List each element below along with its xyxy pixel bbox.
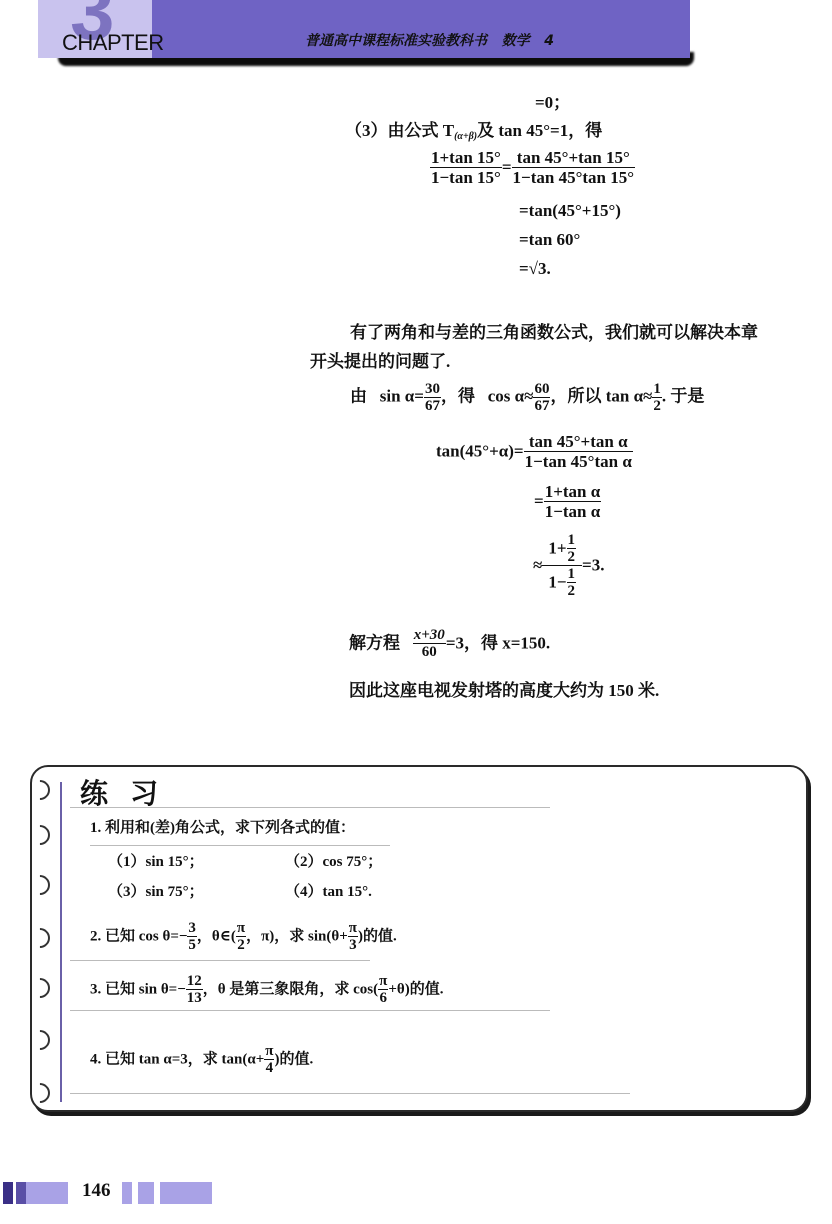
divider: [70, 1093, 630, 1094]
exercise-q1-item: （1）sin 15°；: [108, 851, 204, 873]
equation-line: =0；: [535, 92, 570, 114]
part3-intro: （3）由公式 T(α+β)及 tan 45°=1，得: [345, 120, 602, 148]
book-title: 普通高中课程标准实验教科书 数学 4: [305, 31, 554, 51]
divider: [70, 1010, 550, 1011]
footer-bar-dark: [3, 1182, 13, 1204]
paragraph-line: 有了两角和与差的三角函数公式，我们就可以解决本章: [350, 322, 758, 344]
exercise-q1-item: （4）tan 15°.: [285, 881, 372, 903]
page-number: 146: [82, 1180, 111, 1202]
equation-line: =tan(45°+15°): [519, 200, 621, 222]
footer-bar: [138, 1182, 154, 1204]
footer-bar: [160, 1182, 212, 1204]
exercise-q2: 2. 已知 cos θ=−35，θ∈(π2，π)，求 sin(θ+π3)的值.: [90, 920, 397, 953]
exercise-q1: 1. 利用和(差)角公式，求下列各式的值：: [90, 817, 355, 839]
equation-line: =√3.: [519, 258, 551, 280]
solve-equation-line: 解方程 x+3060=3，得 x=150.: [349, 627, 550, 660]
conclusion-line: 因此这座电视发射塔的高度大约为 150 米.: [349, 680, 659, 702]
margin-line: [60, 782, 62, 1102]
divider: [70, 960, 370, 961]
exercise-title: 练习: [80, 772, 180, 812]
exercise-q4: 4. 已知 tan α=3，求 tan(α+π4)的值.: [90, 1043, 313, 1076]
equation-tan15-fraction: 1+tan 15°1−tan 15°=tan 45°+tan 15°1−tan …: [430, 148, 635, 187]
equation-tan-simplified: =1+tan α1−tan α: [534, 482, 601, 521]
footer-bar: [122, 1182, 132, 1204]
equation-tan-approx: ≈ 1+12 1−12 =3.: [533, 532, 604, 599]
exercise-q1-item: （2）cos 75°；: [285, 851, 382, 873]
given-values-line: 由 sin α=3067，得 cos α≈6067，所以 tan α≈12. 于…: [350, 381, 704, 414]
divider: [90, 845, 390, 846]
chapter-label: CHAPTER: [62, 31, 164, 55]
exercise-q3: 3. 已知 sin θ=−1213，θ 是第三象限角，求 cos(π6+θ)的值…: [90, 973, 443, 1006]
exercise-q1-item: （3）sin 75°；: [108, 881, 204, 903]
equation-tan-sum: tan(45°+α)=tan 45°+tan α1−tan 45°tan α: [436, 432, 633, 471]
equation-line: =tan 60°: [519, 229, 580, 251]
paragraph-line: 开头提出的问题了.: [310, 351, 450, 373]
footer-bar-medium: [16, 1182, 26, 1204]
footer-bar: [26, 1182, 68, 1204]
